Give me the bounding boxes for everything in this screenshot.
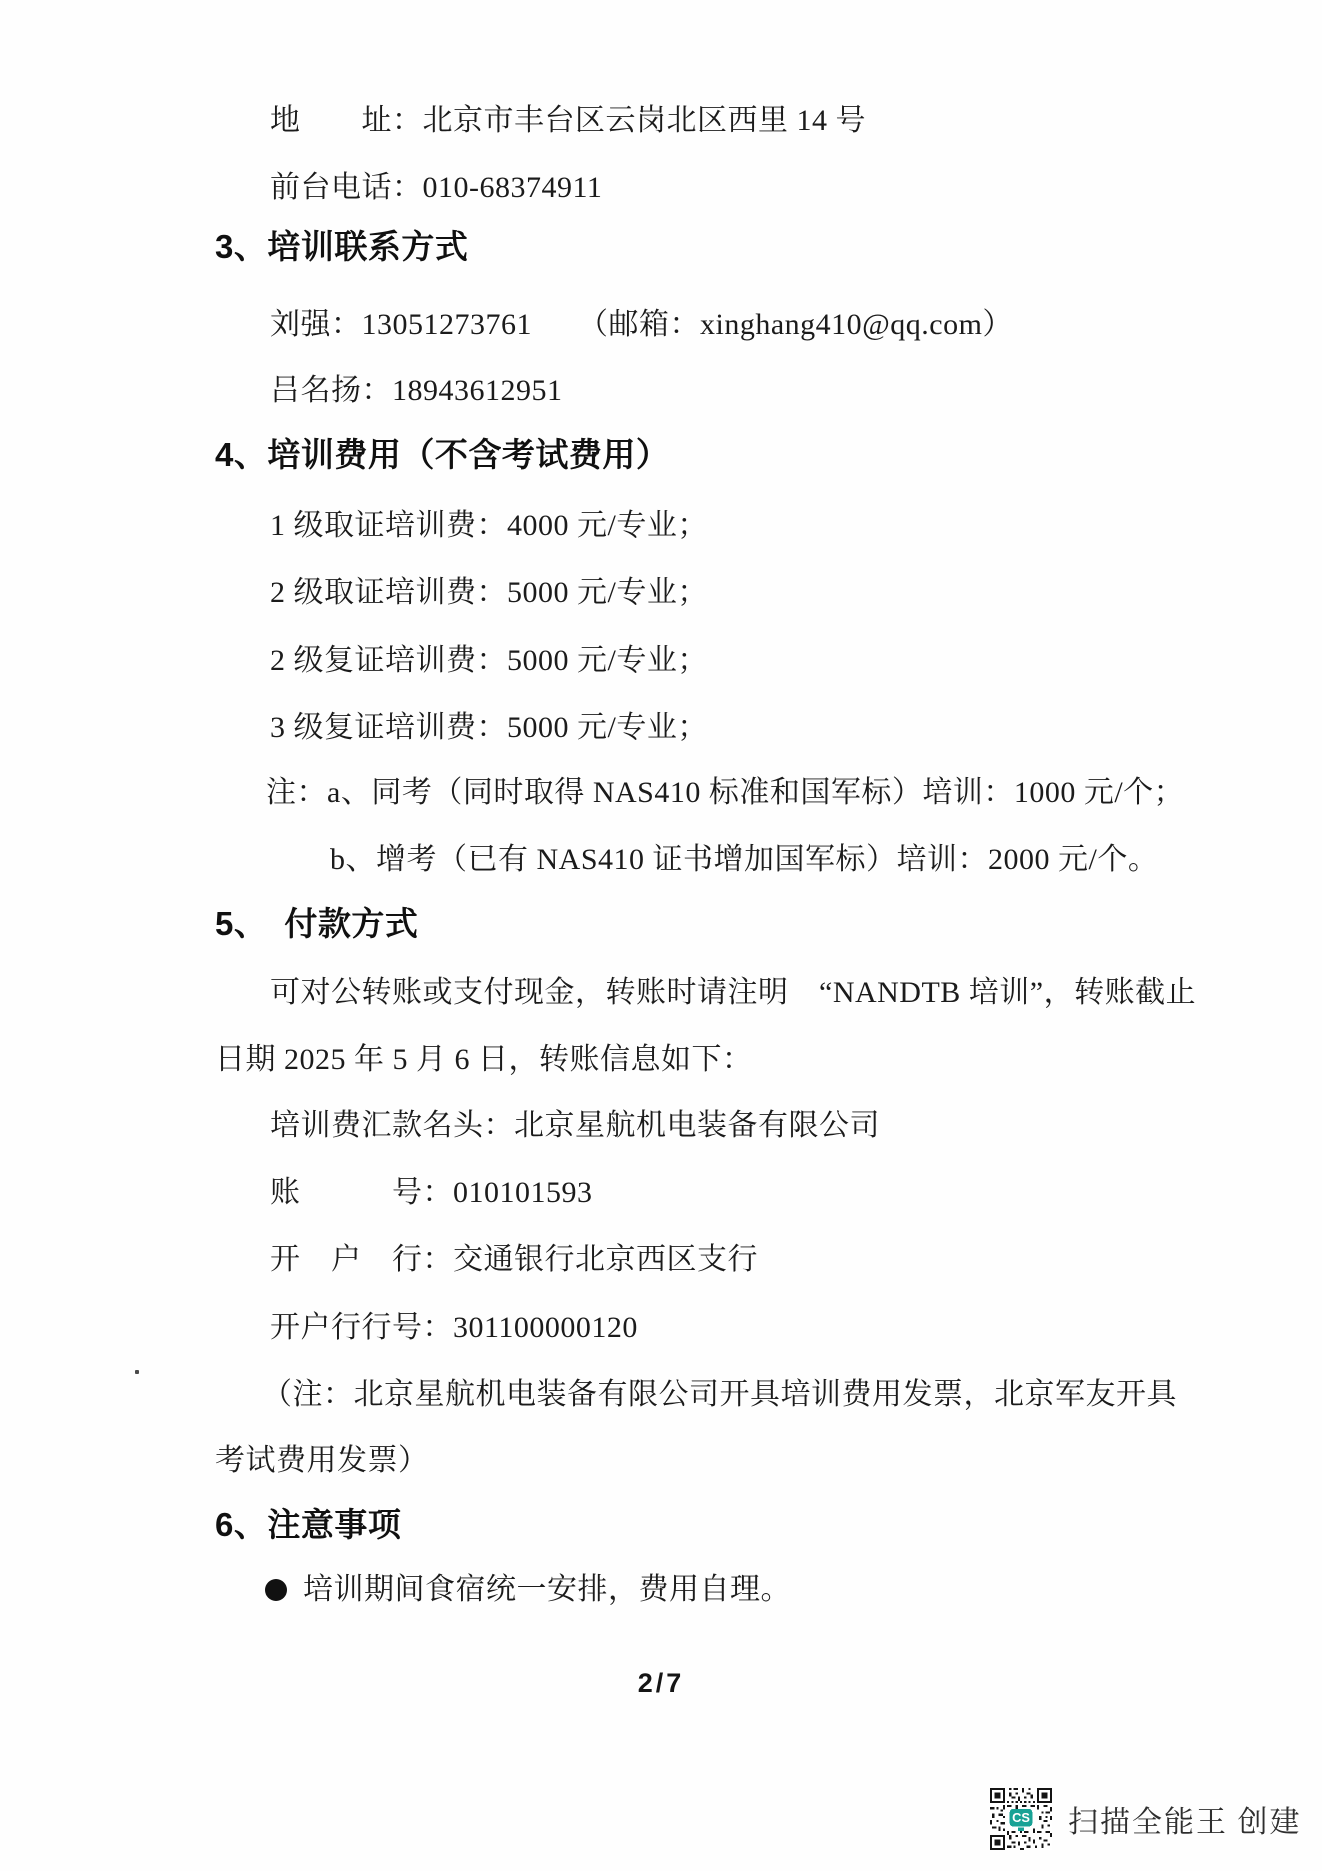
bank-branch-code-line: 开户行行号：301100000120	[270, 1310, 638, 1346]
svg-text:CS: CS	[1012, 1810, 1030, 1825]
bank-name-line: 开 户 行：交通银行北京西区支行	[270, 1242, 758, 1278]
section-3-heading: 3、培训联系方式	[215, 229, 468, 265]
contact-liu-qiang-line: 刘强：13051273761 （邮箱：xinghang410@qq.com）	[270, 307, 1013, 343]
fee-level2-recert-line: 2 级复证培训费：5000 元/专业；	[270, 643, 708, 679]
document-page: 地 址：北京市丰台区云岗北区西里 14 号 前台电话：010-68374911 …	[0, 0, 1322, 1871]
fee-note-a-line: 注：a、同考（同时取得 NAS410 标准和国军标）培训：1000 元/个；	[266, 775, 1184, 811]
section-4-heading: 4、培训费用（不含考试费用）	[215, 437, 669, 473]
fee-level3-recert-line: 3 级复证培训费：5000 元/专业；	[270, 710, 708, 746]
fee-note-b-line: b、增考（已有 NAS410 证书增加国军标）培训：2000 元/个。	[330, 842, 1158, 878]
notice-bullet-item: 培训期间食宿统一安排，费用自理。	[265, 1572, 791, 1608]
scan-artifact-dot	[135, 1370, 139, 1374]
bullet-icon	[265, 1579, 287, 1601]
qr-code-icon: CS	[990, 1788, 1052, 1850]
address-line: 地 址：北京市丰台区云岗北区西里 14 号	[270, 103, 866, 139]
payment-paragraph-line1: 可对公转账或支付现金，转账时请注明 “NANDTB 培训”，转账截止	[270, 975, 1196, 1011]
scanner-credit-block: CS 扫描全能王 创建	[990, 1788, 1302, 1850]
invoice-note-line1: （注：北京星航机电装备有限公司开具培训费用发票，北京军友开具	[262, 1377, 1177, 1413]
account-number-line: 账 号：010101593	[270, 1175, 593, 1211]
contact-lv-mingyang-line: 吕名扬：18943612951	[270, 373, 563, 409]
fee-level2-cert-line: 2 级取证培训费：5000 元/专业；	[270, 575, 708, 611]
payee-name-line: 培训费汇款名头：北京星航机电装备有限公司	[270, 1108, 880, 1144]
notice-bullet-text: 培训期间食宿统一安排，费用自理。	[303, 1572, 791, 1608]
scanner-credit-text: 扫描全能王 创建	[1068, 1797, 1302, 1841]
section-5-heading: 5、 付款方式	[215, 906, 418, 942]
page-number: 2/7	[0, 1668, 1322, 1699]
front-desk-phone-line: 前台电话：010-68374911	[270, 170, 602, 206]
invoice-note-line2: 考试费用发票）	[215, 1443, 429, 1479]
fee-level1-line: 1 级取证培训费：4000 元/专业；	[270, 508, 708, 544]
section-6-heading: 6、注意事项	[215, 1507, 401, 1543]
payment-paragraph-line2: 日期 2025 年 5 月 6 日，转账信息如下：	[215, 1042, 753, 1078]
